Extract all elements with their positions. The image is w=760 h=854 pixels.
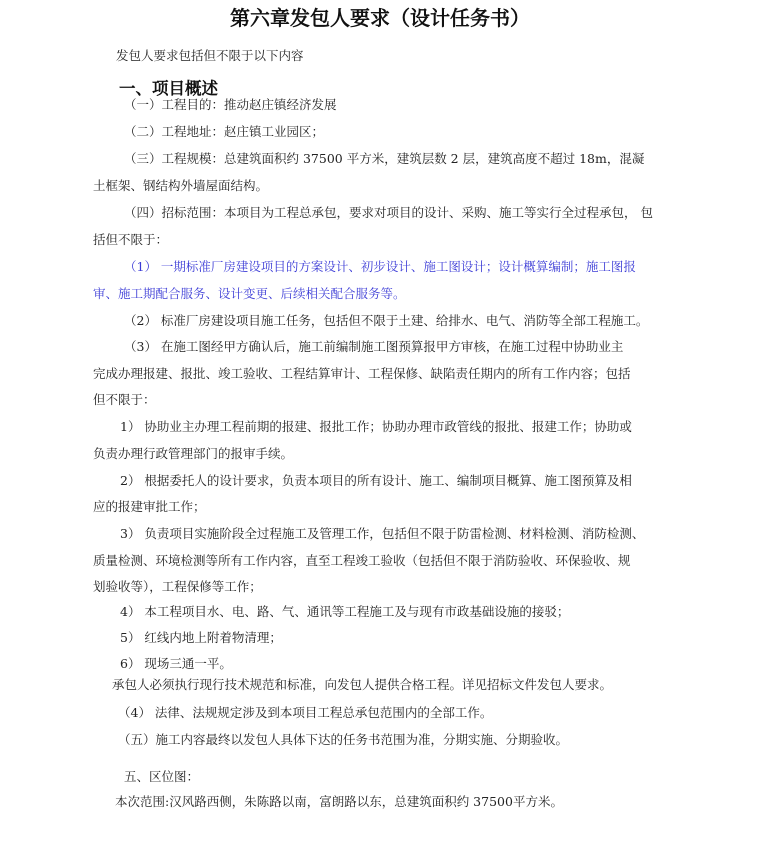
paragraph-line: 审、施工期配合服务、设计变更、后续相关配合服务等。 bbox=[93, 286, 406, 302]
paragraph-line: （一）工程目的：推动赵庄镇经济发展 bbox=[124, 97, 337, 113]
paragraph-line: 5） 红线内地上附着物清理； bbox=[120, 630, 282, 646]
paragraph-line: 土框架、钢结构外墙屋面结构。 bbox=[93, 178, 268, 194]
paragraph-line: （2） 标准厂房建设项目施工任务，包括但不限于土建、给排水、电气、消防等全部工程… bbox=[124, 313, 648, 329]
paragraph-line: 应的报建审批工作； bbox=[93, 499, 206, 515]
page-title: 第六章发包人要求（设计任务书） bbox=[0, 2, 760, 31]
paragraph-line: 质量检测、环境检测等所有工作内容，直至工程竣工验收（包括但不限于消防验收、环保验… bbox=[93, 553, 631, 569]
paragraph-line: 本次范围:汉风路西侧，朱陈路以南，富朗路以东，总建筑面积约 37500平方米。 bbox=[115, 794, 563, 810]
paragraph-line: 括但不限于： bbox=[93, 232, 168, 248]
paragraph-line: （二）工程地址：赵庄镇工业园区； bbox=[124, 124, 324, 140]
paragraph-line: （四）招标范围：本项目为工程总承包，要求对项目的设计、采购、施工等实行全过程承包… bbox=[124, 205, 653, 221]
paragraph-line: （1） 一期标准厂房建设项目的方案设计、初步设计、施工图设计；设计概算编制；施工… bbox=[124, 259, 636, 275]
paragraph-line: 1） 协助业主办理工程前期的报建、报批工作；协助办理市政管线的报批、报建工作；协… bbox=[120, 419, 632, 435]
paragraph-line: 3） 负责项目实施阶段全过程施工及管理工作，包括但不限于防雷检测、材料检测、消防… bbox=[120, 526, 644, 542]
paragraph-line: 承包人必须执行现行技术规范和标准，向发包人提供合格工程。详见招标文件发包人要求。 bbox=[112, 677, 612, 693]
paragraph-line: 6） 现场三通一平。 bbox=[120, 656, 232, 672]
paragraph-line: 2） 根据委托人的设计要求，负责本项目的所有设计、施工、编制项目概算、施工图预算… bbox=[120, 473, 632, 489]
paragraph-line: （五）施工内容最终以发包人具体下达的任务书范围为准，分期实施、分期验收。 bbox=[118, 732, 568, 748]
paragraph-line: 但不限于： bbox=[93, 392, 156, 408]
paragraph-line: （3） 在施工图经甲方确认后，施工前编制施工图预算报甲方审核，在施工过程中协助业… bbox=[124, 339, 623, 355]
paragraph-line: 负责办理行政管理部门的报审手续。 bbox=[93, 446, 293, 462]
paragraph-line: 五、区位图： bbox=[124, 769, 199, 785]
paragraph-line: （4） 法律、法规规定涉及到本项目工程总承包范围内的全部工作。 bbox=[118, 705, 492, 721]
intro-text: 发包人要求包括但不限于以下内容 bbox=[116, 48, 304, 64]
paragraph-line: 划验收等），工程保修等工作； bbox=[93, 579, 262, 595]
paragraph-line: 4） 本工程项目水、电、路、气、通讯等工程施工及与现有市政基础设施的接驳； bbox=[120, 604, 569, 620]
section-heading-overview: 一、项目概述 bbox=[119, 75, 218, 99]
paragraph-line: 完成办理报建、报批、竣工验收、工程结算审计、工程保修、缺陷责任期内的所有工作内容… bbox=[93, 366, 631, 382]
paragraph-line: （三）工程规模：总建筑面积约 37500 平方米，建筑层数 2 层，建筑高度不超… bbox=[124, 151, 644, 167]
